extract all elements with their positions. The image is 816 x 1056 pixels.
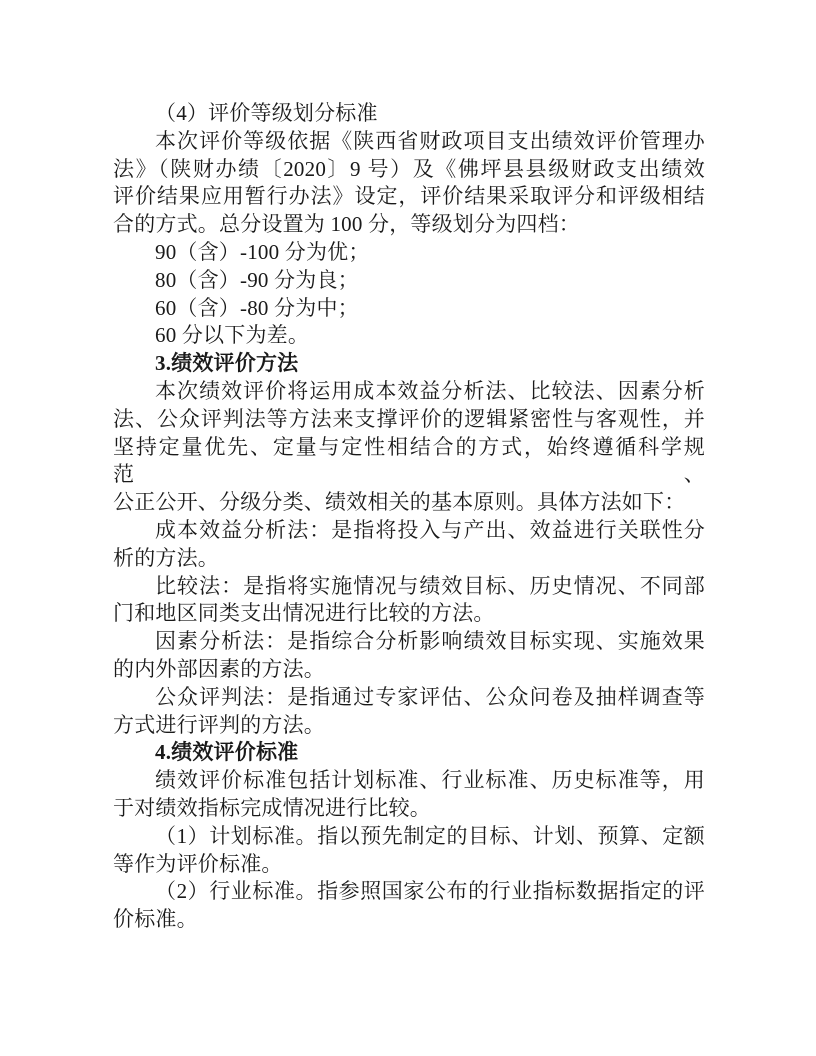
- text-line: 绩效评价标准包括计划标准、行业标准、历史标准等，用: [113, 767, 705, 795]
- text-line: 于对绩效指标完成情况进行比较。: [113, 795, 705, 823]
- section-heading: 4.绩效评价标准: [113, 739, 705, 767]
- text-line: 评价结果应用暂行办法》设定，评价结果采取评分和评级相结: [113, 183, 705, 211]
- text-line: 法、公众评判法等方法来支撑评价的逻辑紧密性与客观性，并: [113, 406, 705, 434]
- text-line: 本次绩效评价将运用成本效益分析法、比较法、因素分析: [113, 378, 705, 406]
- text-line: 公正公开、分级分类、绩效相关的基本原则。具体方法如下：: [113, 489, 705, 517]
- text-line: 本次评价等级依据《陕西省财政项目支出绩效评价管理办: [113, 128, 705, 156]
- text-line: 等作为评价标准。: [113, 851, 705, 879]
- text-line: 80（含）-90 分为良；: [113, 267, 705, 295]
- text-line: 方式进行评判的方法。: [113, 712, 705, 740]
- document-page: （4）评价等级划分标准本次评价等级依据《陕西省财政项目支出绩效评价管理办法》（陕…: [0, 0, 816, 1056]
- text-line: 的内外部因素的方法。: [113, 656, 705, 684]
- text-line: 90（含）-100 分为优；: [113, 239, 705, 267]
- text-line: 法》（陕财办绩〔2020〕9 号）及《佛坪县县级财政支出绩效: [113, 156, 705, 184]
- text-line: 合的方式。总分设置为 100 分，等级划分为四档：: [113, 211, 705, 239]
- text-line: 坚持定量优先、定量与定性相结合的方式，始终遵循科学规范、: [113, 434, 705, 490]
- section-heading: 3.绩效评价方法: [113, 350, 705, 378]
- document-body: （4）评价等级划分标准本次评价等级依据《陕西省财政项目支出绩效评价管理办法》（陕…: [113, 100, 705, 934]
- text-line: 60 分以下为差。: [113, 322, 705, 350]
- text-line: （1）计划标准。指以预先制定的目标、计划、预算、定额: [113, 823, 705, 851]
- text-line: 成本效益分析法：是指将投入与产出、效益进行关联性分: [113, 517, 705, 545]
- text-line: 因素分析法：是指综合分析影响绩效目标实现、实施效果: [113, 628, 705, 656]
- text-line: 析的方法。: [113, 545, 705, 573]
- text-line: 门和地区同类支出情况进行比较的方法。: [113, 600, 705, 628]
- text-line: 60（含）-80 分为中；: [113, 295, 705, 323]
- text-line: （2）行业标准。指参照国家公布的行业指标数据指定的评: [113, 878, 705, 906]
- text-line: （4）评价等级划分标准: [113, 100, 705, 128]
- text-line: 公众评判法：是指通过专家评估、公众问卷及抽样调查等: [113, 684, 705, 712]
- text-line: 价标准。: [113, 906, 705, 934]
- text-line: 比较法：是指将实施情况与绩效目标、历史情况、不同部: [113, 573, 705, 601]
